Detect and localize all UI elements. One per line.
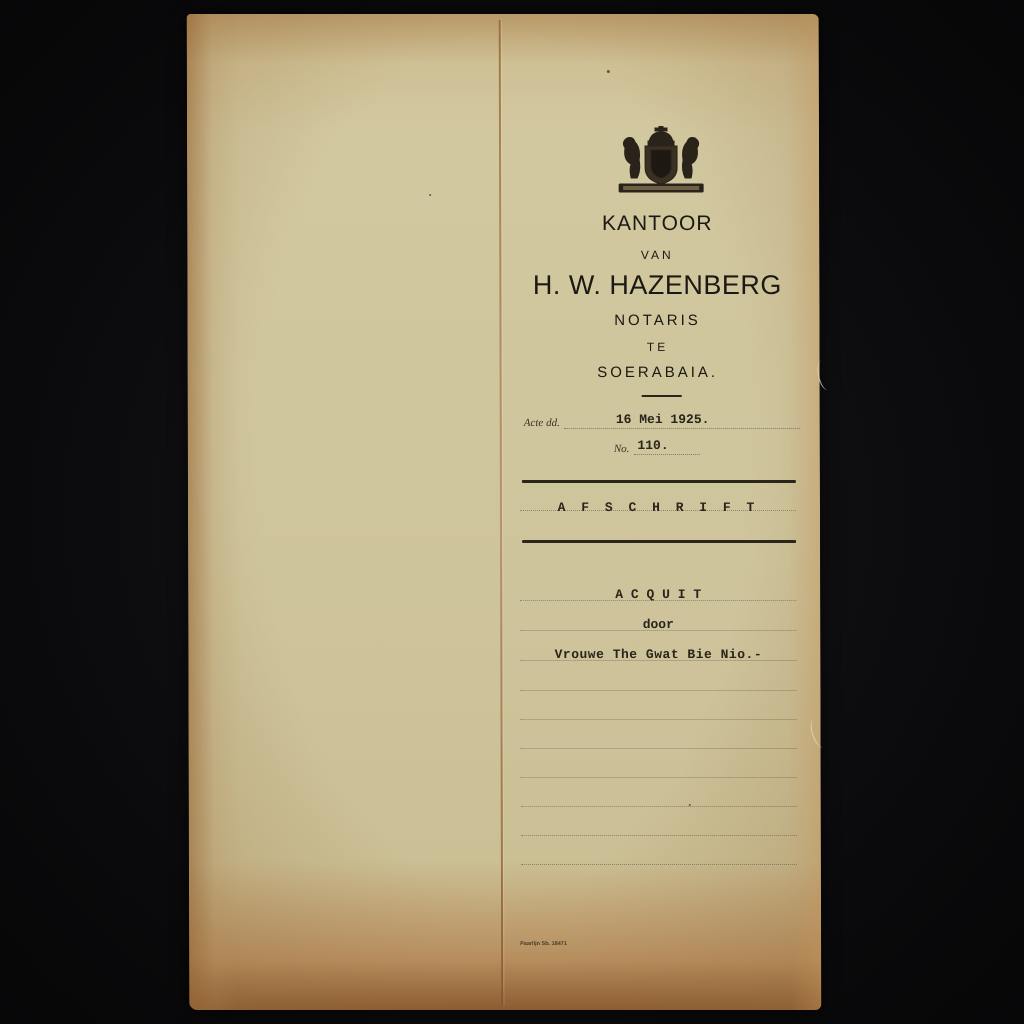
printer-imprint: Paarlijn Sb. 18471 (520, 941, 567, 947)
fold-line (499, 20, 504, 1006)
notary-name-text: H. W. HAZENBERG (533, 270, 782, 300)
deed-number-value: 110. (637, 438, 668, 453)
dotted-line (521, 864, 797, 865)
royal-coat-of-arms-icon (615, 126, 707, 196)
at-label: TE (508, 340, 808, 354)
city-name: SOERABAIA. (508, 364, 808, 381)
cover-panel: KANTOOR VAN H. W. HAZENBERG NOTARIS TE S… (507, 14, 810, 1010)
dotted-line (521, 777, 797, 778)
section-rule-top (522, 480, 796, 483)
acte-date-label: Acte dd. (524, 417, 560, 429)
notary-title: NOTARIS (507, 312, 807, 329)
photo-stage: KANTOOR VAN H. W. HAZENBERG NOTARIS TE S… (0, 0, 1024, 1024)
dotted-line (521, 748, 797, 749)
acte-date-line: 16 Mei 1925. (564, 416, 800, 429)
deed-number-line: 110. (633, 442, 699, 455)
description-party: Vrouwe The Gwat Bie Nio.- (520, 647, 796, 662)
dotted-line (521, 835, 797, 836)
section-rule-bottom (522, 540, 796, 543)
dotted-line (520, 690, 796, 691)
acte-date-field: Acte dd. 16 Mei 1925. (524, 416, 800, 429)
document-type: A F S C H R I F T (520, 500, 796, 515)
deed-number-field: No. 110. (614, 442, 700, 455)
office-label: KANTOOR (507, 212, 807, 236)
description-title: A C Q U I T (520, 587, 796, 602)
of-label: VAN (507, 248, 807, 262)
paper-speck (429, 194, 431, 196)
deed-number-label: No. (614, 443, 630, 455)
description-by: door (520, 617, 796, 632)
dotted-line (521, 719, 797, 720)
notary-name: H. W. HAZENBERG (507, 270, 807, 301)
document-folder: KANTOOR VAN H. W. HAZENBERG NOTARIS TE S… (187, 14, 822, 1010)
dotted-line (521, 806, 797, 807)
header-divider (642, 395, 682, 397)
acte-date-value: 16 Mei 1925. (616, 412, 710, 427)
